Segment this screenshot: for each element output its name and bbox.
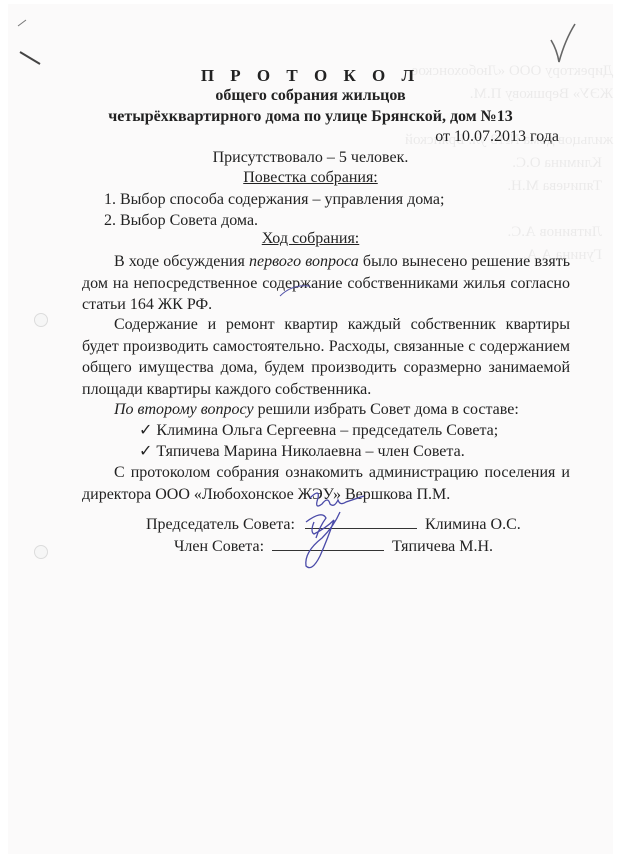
attendance: Присутствовало – 5 человек. bbox=[8, 149, 613, 167]
proceedings-heading: Ход собрания: bbox=[8, 230, 613, 248]
document-date: от 10.07.2013 года bbox=[435, 128, 559, 146]
document-title: П Р О Т О К О Л bbox=[8, 66, 613, 86]
punch-hole-bottom bbox=[34, 545, 48, 559]
council-list: ✓ Климина Ольга Сергеевна – председатель… bbox=[139, 420, 498, 462]
document-subtitle-1: общего собрания жильцов bbox=[8, 87, 613, 105]
agenda-item: 2. Выбор Совета дома. bbox=[104, 210, 444, 231]
paragraph-first-question: В ходе обсуждения первого вопроса было в… bbox=[82, 251, 570, 316]
council-member: ✓ Климина Ольга Сергеевна – председатель… bbox=[139, 420, 498, 441]
corner-pen-mark-icon bbox=[12, 18, 52, 68]
agenda-item: 1. Выбор способа содержания – управления… bbox=[104, 189, 444, 210]
document-page: Директору ООО «Любохонское ЖЭУ» Вершкову… bbox=[8, 4, 613, 854]
agenda-list: 1. Выбор способа содержания – управления… bbox=[104, 189, 444, 231]
council-member: ✓ Тяпичева Марина Николаевна – член Сове… bbox=[139, 441, 498, 462]
agenda-heading: Повестка собрания: bbox=[8, 169, 613, 187]
punch-hole-top bbox=[34, 313, 48, 327]
pen-stroke-icon bbox=[276, 280, 316, 310]
paragraph-maintenance: Содержание и ремонт квартир каждый собст… bbox=[82, 314, 570, 400]
document-subtitle-2: четырёхквартирного дома по улице Брянско… bbox=[8, 108, 613, 126]
signature-role: Член Совета: bbox=[174, 538, 264, 555]
checkmark-pen-icon bbox=[543, 18, 583, 68]
handwritten-signatures-icon bbox=[276, 482, 396, 582]
signature-role: Председатель Совета: bbox=[146, 516, 295, 533]
signature-name: Климина О.С. bbox=[425, 516, 521, 533]
signature-name: Тяпичева М.Н. bbox=[392, 538, 493, 555]
paragraph-second-question: По второму вопросу решили избрать Совет … bbox=[82, 399, 570, 421]
